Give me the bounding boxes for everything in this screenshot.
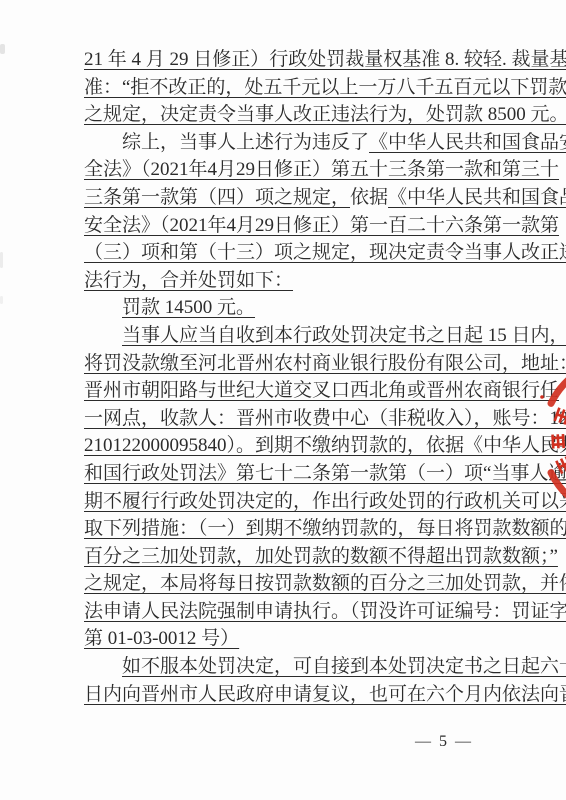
text-line: 210122000095840）。到期不缴纳罚款的，依据《中华人民共 bbox=[84, 432, 522, 460]
text-line: 晋州市朝阳路与世纪大道交叉口西北角或晋州农商银行任 bbox=[84, 377, 522, 405]
underlined-text: 《中华人民共和国食品安 bbox=[369, 132, 566, 153]
underlined-text: 日内向晋州市人民政府申请复议，也可在六个月内依法向晋 bbox=[84, 684, 566, 705]
text-line: 百分之三加处罚款，加处罚款的数额不得超出罚款数额；” bbox=[84, 543, 522, 571]
underlined-text: 准：“拒不改正的，处五千元以上一万八千五百元以下罚款。” bbox=[84, 77, 566, 98]
underlined-text: 晋州市朝阳路与世纪大道交叉口西北角或晋州农商银行任 bbox=[84, 380, 559, 401]
text-line: 和国行政处罚法》第七十二条第一款第（一）项“当事人逾 bbox=[84, 460, 522, 488]
text-line: 第 01-03-0012 号） bbox=[84, 625, 522, 653]
underlined-text: 之规定，决定责令当事人改正违法行为，处罚款 8500 元。 bbox=[84, 104, 566, 125]
underlined-text: 罚款 14500 元。 bbox=[122, 297, 255, 318]
scan-artifact bbox=[0, 296, 3, 304]
text-line: 罚款 14500 元。 bbox=[84, 294, 522, 322]
underlined-text: 三条第一款第（四）项之规定， bbox=[84, 187, 350, 208]
text-line: 将罚没款缴至河北晋州农村商业银行股份有限公司，地址： bbox=[84, 350, 522, 378]
underlined-text: 210122000095840）。到期不缴纳罚款的，依据《中华人民共 bbox=[84, 435, 566, 456]
seal-ring-arc-top bbox=[551, 376, 566, 404]
underlined-text: 21 年 4 月 29 日修正）行政处罚裁量权基准 8. 较轻. 裁量基 bbox=[84, 49, 566, 70]
seal-character-mark bbox=[551, 434, 565, 449]
text-line: 期不履行行政处罚决定的，作出行政处罚的行政机关可以采 bbox=[84, 488, 522, 516]
text-line: 准：“拒不改正的，处五千元以上一万八千五百元以下罚款。” bbox=[84, 74, 522, 102]
underlined-text: （三）项和第（十三）项之规定，现决定责令当事人改正违 bbox=[84, 242, 566, 263]
seal-ring-arc-bottom bbox=[551, 473, 566, 501]
text-line: 如不服本处罚决定，可自接到本处罚决定书之日起六十 bbox=[84, 653, 522, 681]
underlined-text: 将罚没款缴至河北晋州农村商业银行股份有限公司，地址： bbox=[84, 353, 566, 374]
underlined-text: 全法》（2021年4月29日修正）第五十三条第一款和第三十 bbox=[84, 159, 559, 180]
underlined-text: 当事人应当自收到本行政处罚决定书之日起 15 日内， bbox=[122, 325, 566, 346]
underlined-text: 安全法》（2021年4月29日修正）第一百二十六条第一款第 bbox=[84, 215, 559, 236]
text-line: 之规定，本局将每日按罚款数额的百分之三加处罚款，并依 bbox=[84, 570, 522, 598]
scan-artifact bbox=[0, 252, 3, 268]
text-line: 全法》（2021年4月29日修正）第五十三条第一款和第三十 bbox=[84, 156, 522, 184]
document-page: 21 年 4 月 29 日修正）行政处罚裁量权基准 8. 较轻. 裁量基准：“拒… bbox=[0, 0, 566, 800]
text-line: 之规定，决定责令当事人改正违法行为，处罚款 8500 元。 bbox=[84, 101, 522, 129]
text-line: 21 年 4 月 29 日修正）行政处罚裁量权基准 8. 较轻. 裁量基 bbox=[84, 46, 522, 74]
underlined-text: 如不服本处罚决定，可自接到本处罚决定书之日起六十 bbox=[122, 656, 566, 677]
scan-artifact bbox=[0, 44, 5, 54]
document-body: 21 年 4 月 29 日修正）行政处罚裁量权基准 8. 较轻. 裁量基准：“拒… bbox=[84, 46, 522, 708]
underlined-text: 法行为，合并处罚如下： bbox=[84, 270, 293, 291]
text-line: （三）项和第（十三）项之规定，现决定责令当事人改正违 bbox=[84, 239, 522, 267]
seal-dot bbox=[540, 395, 544, 399]
text-line: 法申请人民法院强制申请执行。（罚没许可证编号：罚证字 bbox=[84, 598, 522, 626]
underlined-text: 百分之三加处罚款，加处罚款的数额不得超出罚款数额；” bbox=[84, 546, 558, 567]
page-number: — 5 — bbox=[404, 733, 484, 751]
underlined-text: 取下列措施：（一）到期不缴纳罚款的，每日将罚款数额的 bbox=[84, 518, 566, 539]
underlined-text: 法申请人民法院强制申请执行。（罚没许可证编号：罚证字 bbox=[84, 601, 566, 622]
underlined-text: 《中华人民共和国食品 bbox=[388, 187, 566, 208]
seal-character-mark bbox=[555, 456, 566, 474]
text-line: 安全法》（2021年4月29日修正）第一百二十六条第一款第 bbox=[84, 212, 522, 240]
underlined-text: 一网点，收款人：晋州市收费中心（非税收入），账号：125 bbox=[84, 408, 566, 429]
underlined-text: 之规定，本局将每日按罚款数额的百分之三加处罚款，并依 bbox=[84, 573, 566, 594]
text-line: 法行为，合并处罚如下： bbox=[84, 267, 522, 295]
official-red-seal-icon bbox=[520, 375, 566, 501]
underlined-text: 第 01-03-0012 号） bbox=[84, 628, 239, 649]
text-line: 三条第一款第（四）项之规定，依据《中华人民共和国食品 bbox=[84, 184, 522, 212]
seal-character-mark bbox=[553, 407, 566, 425]
text-line: 综上，当事人上述行为违反了《中华人民共和国食品安 bbox=[84, 129, 522, 157]
plain-text: 综上，当事人上述行为违反了 bbox=[122, 132, 369, 153]
text-line: 取下列措施：（一）到期不缴纳罚款的，每日将罚款数额的 bbox=[84, 515, 522, 543]
plain-text: 依据 bbox=[350, 187, 388, 208]
text-line: 一网点，收款人：晋州市收费中心（非税收入），账号：125 bbox=[84, 405, 522, 433]
underlined-text: 和国行政处罚法》第七十二条第一款第（一）项“当事人逾 bbox=[84, 463, 566, 484]
text-line: 当事人应当自收到本行政处罚决定书之日起 15 日内， bbox=[84, 322, 522, 350]
underlined-text: 期不履行行政处罚决定的，作出行政处罚的行政机关可以采 bbox=[84, 491, 566, 512]
text-line: 日内向晋州市人民政府申请复议，也可在六个月内依法向晋 bbox=[84, 681, 522, 709]
